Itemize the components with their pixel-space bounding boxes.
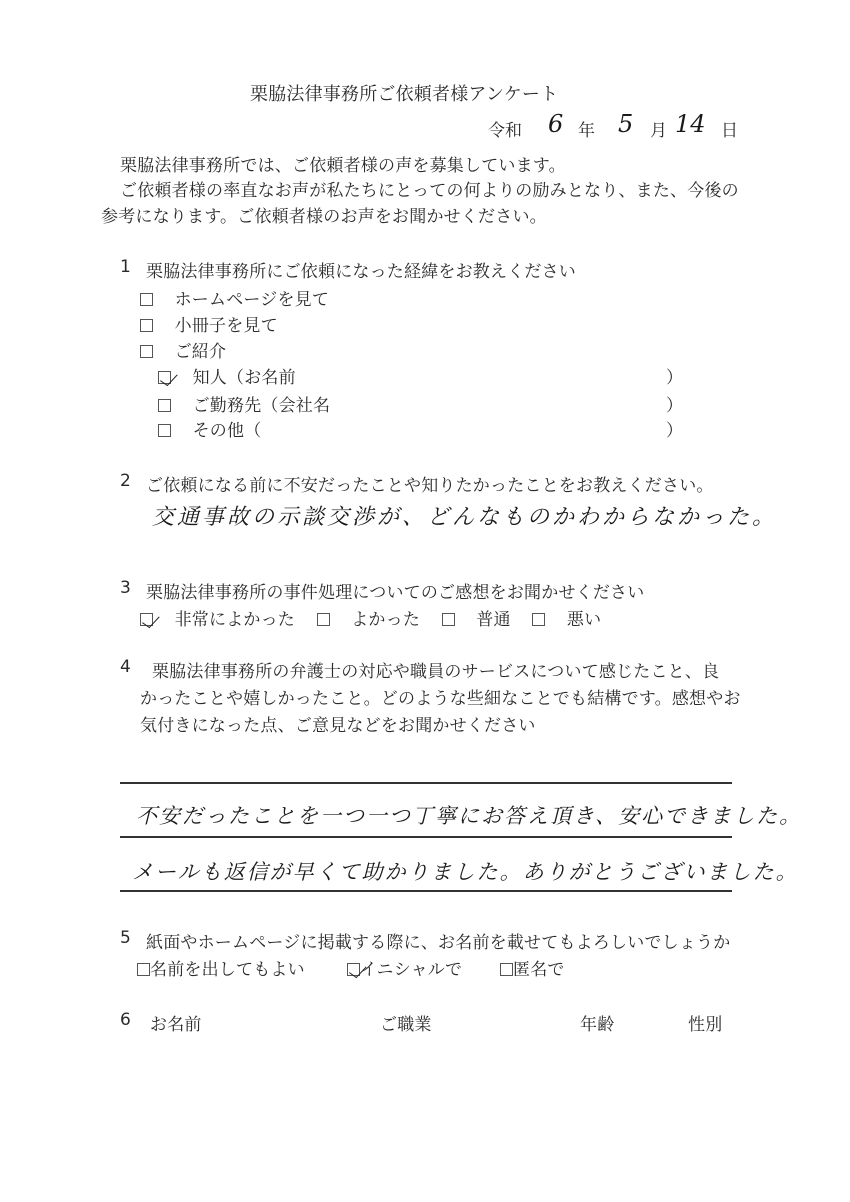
checkbox-referral[interactable] [140,345,153,358]
q1-option-booklet[interactable]: 小冊子を見て [140,311,278,336]
q5-question: 紙面やホームページに掲載する際に、お名前を載せてもよろしいでしょうか [146,928,730,953]
q1-suboption-label: その他（ [193,421,262,441]
q1-option-label: 小冊子を見て [175,316,278,336]
intro-line-1: 栗脇法律事務所では、ご依頼者様の声を募集しています。 [120,151,566,176]
q2-question: ご依頼になる前に不安だったことや知りたかったことをお教えください。 [146,471,714,496]
date-field: 令和 [488,116,522,141]
q3-option-label: 非常によかった [175,610,295,630]
q1-suboption-workplace[interactable]: ご勤務先（会社名 [158,391,330,416]
checkbox-initials-checked[interactable] [347,963,360,976]
q4-question-line-2: かったことや嬉しかったこと。どのような些細なことでも結構です。感想やお [140,684,741,709]
q4-handwritten-answer-line-2[interactable]: メールも返信が早くて助かりました。ありがとうございました。 [132,856,799,886]
answer-line-3 [120,890,732,892]
q3-option-label: 悪い [567,610,601,630]
q5-option-full-name[interactable]: 名前を出してもよい [137,955,305,980]
q3-option-average[interactable]: 普通 [442,610,517,630]
q4-handwritten-answer-line-1[interactable]: 不安だったことを一つ一つ丁寧にお答え頂き、安心できました。 [136,800,802,830]
q1-option-referral[interactable]: ご紹介 [140,337,226,362]
q2-handwritten-answer[interactable]: 交通事故の示談交渉が、どんなものかわからなかった。 [152,500,777,531]
checkbox-full-name[interactable] [137,963,150,976]
q1-suboption-label: ご勤務先（会社名 [193,396,331,416]
q4-number: 4 [120,657,131,677]
checkbox-anonymous[interactable] [500,963,513,976]
q6-name-label: お名前 [150,1010,202,1035]
q3-option-label: 普通 [476,610,510,630]
q3-option-label: よかった [351,610,420,630]
q5-option-label: 名前を出してもよい [150,960,305,980]
q1-suboption-other[interactable]: その他（ [158,416,261,441]
q6-number: 6 [120,1010,131,1030]
date-day-unit: 日 [721,116,738,141]
q1-number: 1 [120,257,131,277]
date-era: 令和 [488,121,522,141]
q1-suboption-label: 知人（お名前 [193,368,296,388]
q1-suboption-acquaintance[interactable]: 知人（お名前 [158,363,296,388]
q6-occupation-label: ご職業 [380,1010,432,1035]
date-month-unit: 月 [650,116,667,141]
page-title: 栗脇法律事務所ご依頼者様アンケート [250,80,558,106]
q3-option-bad[interactable]: 悪い [532,610,601,630]
q5-option-label: イニシャルで [360,960,462,980]
close-paren: ） [666,391,683,416]
answer-line-2 [120,836,732,838]
close-paren: ） [666,416,683,441]
q1-option-label: ご紹介 [175,342,227,362]
date-year-unit: 年 [578,116,595,141]
checkbox-bad[interactable] [532,613,545,626]
intro-line-2: ご依頼者様の率直なお声が私たちにとっての何よりの励みとなり、また、今後の [120,176,739,201]
q1-question: 栗脇法律事務所にご依頼になった経緯をお教えください [146,257,576,282]
q3-question: 栗脇法律事務所の事件処理についてのご感想をお聞かせください [146,578,644,603]
checkbox-workplace[interactable] [158,399,171,412]
intro-line-3: 参考になります。ご依頼者様のお声をお聞かせください。 [101,202,547,227]
q3-option-good[interactable]: よかった [317,610,426,630]
q1-option-homepage[interactable]: ホームページを見て [140,285,329,310]
q5-option-anonymous[interactable]: 匿名で [500,955,565,980]
q6-age-label: 年齢 [580,1010,614,1035]
q1-option-label: ホームページを見て [175,290,329,310]
q5-number: 5 [120,928,131,948]
checkbox-homepage[interactable] [140,293,153,306]
q2-number: 2 [120,471,131,491]
close-paren: ） [666,363,683,388]
checkbox-average[interactable] [442,613,455,626]
checkbox-other[interactable] [158,424,171,437]
q3-number: 3 [120,578,131,598]
q6-gender-label: 性別 [688,1010,722,1035]
q3-options: 非常によかった よかった 普通 悪い [140,605,601,630]
answer-line-1 [120,782,732,784]
checkbox-booklet[interactable] [140,319,153,332]
q5-option-label: 匿名で [513,960,565,980]
q5-option-initials[interactable]: イニシャルで [347,955,462,980]
q4-question-line-3: 気付きになった点、ご意見などをお聞かせください [140,711,536,736]
date-day-value[interactable]: 14 [675,110,706,138]
checkbox-good[interactable] [317,613,330,626]
checkbox-acquaintance-checked[interactable] [158,371,171,384]
date-month-value[interactable]: 5 [618,110,636,138]
q3-option-very-good[interactable]: 非常によかった [140,610,301,630]
checkbox-very-good-checked[interactable] [140,613,153,626]
q4-question-line-1: 栗脇法律事務所の弁護士の対応や職員のサービスについて感じたこと、良 [152,657,719,682]
date-year-value[interactable]: 6 [548,110,566,138]
